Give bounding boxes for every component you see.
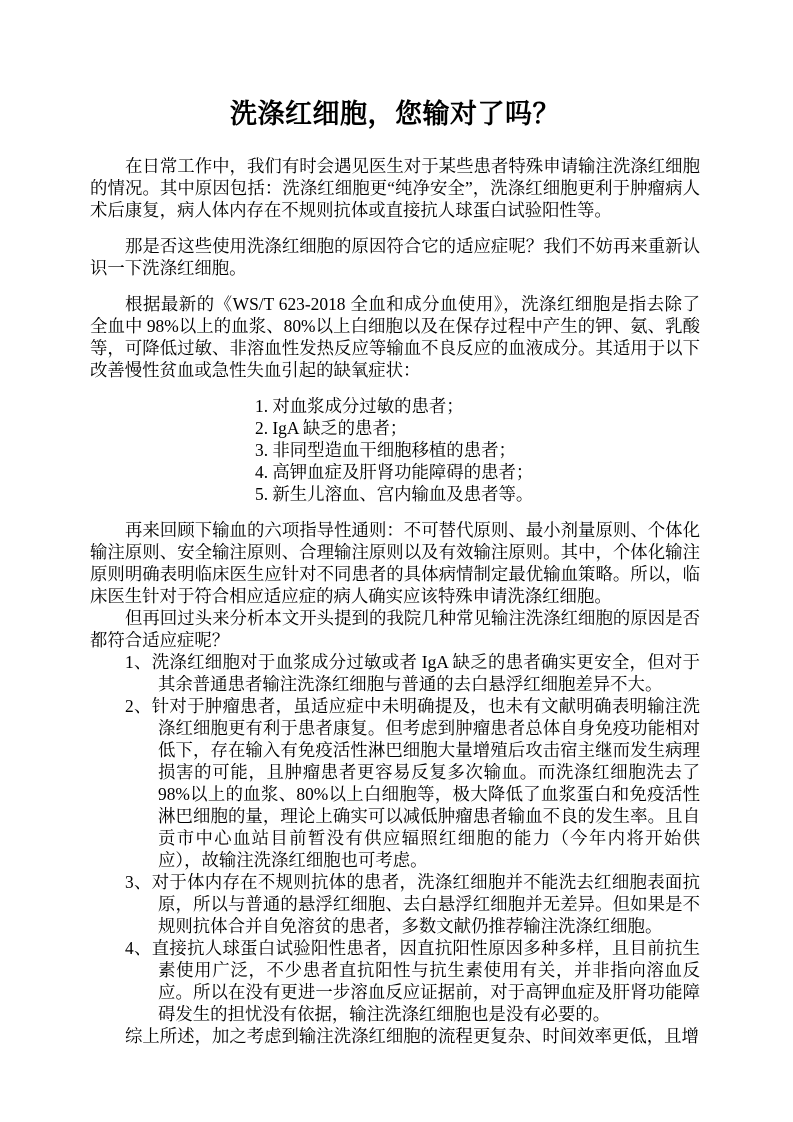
- intro-paragraph-2: 那是否这些使用洗涤红细胞的原因符合它的适应症呢？我们不妨再来重新认识一下洗涤红细…: [90, 235, 700, 279]
- analysis-item-4: 4、直接抗人球蛋白试验阳性患者，因直抗阳性原因多种多样，且目前抗生素使用广泛，不…: [158, 937, 700, 1025]
- principles-paragraph: 再来回顾下输血的六项指导性通则：不可替代原则、最小剂量原则、个体化输注原则、安全…: [90, 519, 700, 607]
- analysis-item-3: 3、对于体内存在不规则抗体的患者，洗涤红细胞并不能洗去红细胞表面抗原，所以与普通…: [158, 871, 700, 937]
- analysis-item-1: 1、洗涤红细胞对于血浆成分过敏或者 IgA 缺乏的患者确实更安全，但对于其余普通…: [158, 651, 700, 695]
- document-title: 洗涤红细胞，您输对了吗？: [90, 96, 700, 132]
- analysis-list: 1、洗涤红细胞对于血浆成分过敏或者 IgA 缺乏的患者确实更安全，但对于其余普通…: [158, 651, 700, 1025]
- indications-list: 1. 对血浆成分过敏的患者； 2. IgA 缺乏的患者； 3. 非同型造血干细胞…: [255, 395, 700, 505]
- closing-paragraph: 综上所述，加之考虑到输注洗涤红细胞的流程更复杂、时间效率更低，且增: [90, 1025, 700, 1047]
- indication-item-1: 1. 对血浆成分过敏的患者；: [255, 395, 700, 417]
- indication-item-3: 3. 非同型造血干细胞移植的患者；: [255, 439, 700, 461]
- analysis-item-2: 2、针对于肿瘤患者，虽适应症中未明确提及，也未有文献明确表明输注洗涤红细胞更有利…: [158, 695, 700, 871]
- indication-item-2: 2. IgA 缺乏的患者；: [255, 417, 700, 439]
- intro-paragraph-3: 根据最新的《WS/T 623-2018 全血和成分血使用》，洗涤红细胞是指去除了…: [90, 293, 700, 381]
- indication-item-4: 4. 高钾血症及肝肾功能障碍的患者；: [255, 461, 700, 483]
- document-page: 洗涤红细胞，您输对了吗？ 在日常工作中，我们有时会遇见医生对于某些患者特殊申请输…: [0, 0, 793, 1122]
- question-paragraph: 但再回过头来分析本文开头提到的我院几种常见输注洗涤红细胞的原因是否都符合适应症呢…: [90, 607, 700, 651]
- intro-paragraph-1: 在日常工作中，我们有时会遇见医生对于某些患者特殊申请输注洗涤红细胞的情况。其中原…: [90, 155, 700, 221]
- indication-item-5: 5. 新生儿溶血、宫内输血及患者等。: [255, 483, 700, 505]
